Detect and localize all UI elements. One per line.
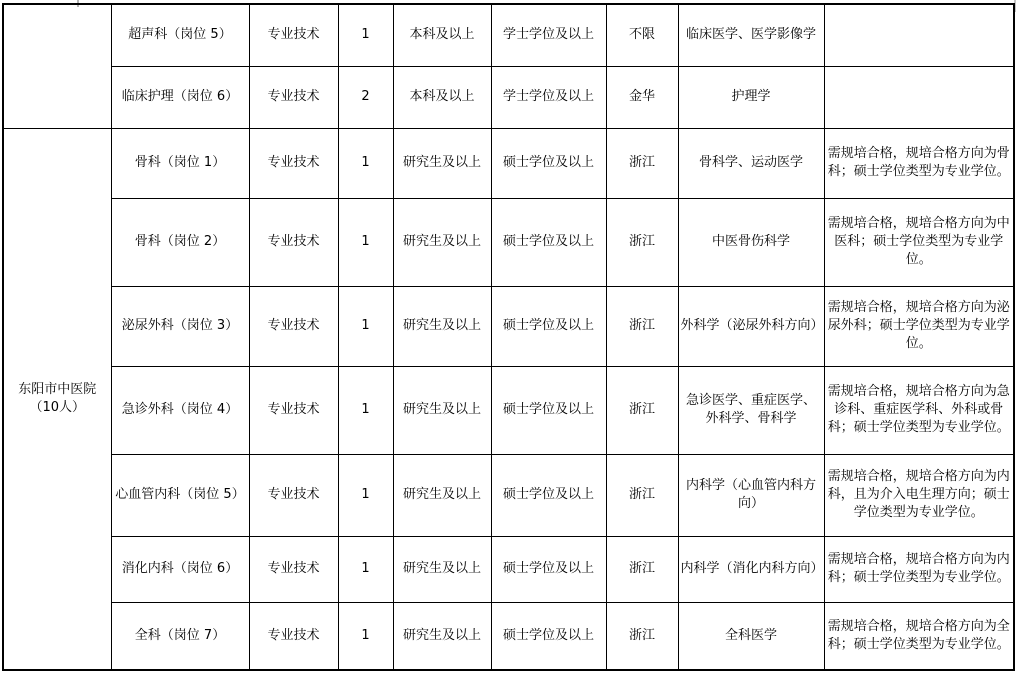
education-cell: 本科及以上 [393,4,491,66]
position-cell: 临床护理（岗位 6） [111,66,249,128]
remarks-cell: 需规培合格，规培合格方向为中医科；硕士学位类型为专业学位。 [824,198,1014,286]
recruitment-positions-table: 超声科（岗位 5） 专业技术 1 本科及以上 学士学位及以上 不限 临床医学、医… [2,3,1015,671]
household-cell: 金华 [606,66,678,128]
unit-cell [3,4,111,128]
household-cell: 不限 [606,4,678,66]
remarks-cell: 需规培合格，规培合格方向为骨科；硕士学位类型为专业学位。 [824,128,1014,198]
remarks-cell: 需规培合格，规培合格方向为泌尿外科；硕士学位类型为专业学位。 [824,286,1014,366]
post-type-cell: 专业技术 [249,536,338,602]
post-type-cell: 专业技术 [249,128,338,198]
education-cell: 研究生及以上 [393,128,491,198]
major-cell: 外科学（泌尿外科方向） [678,286,824,366]
major-cell: 临床医学、医学影像学 [678,4,824,66]
headcount-cell: 1 [338,4,393,66]
position-cell: 骨科（岗位 1） [111,128,249,198]
major-cell: 全科医学 [678,602,824,670]
degree-cell: 硕士学位及以上 [491,454,606,536]
post-type-cell: 专业技术 [249,366,338,454]
major-cell: 急诊医学、重症医学、外科学、骨科学 [678,366,824,454]
position-cell: 消化内科（岗位 6） [111,536,249,602]
remarks-cell: 需规培合格，规培合格方向为内科，且为介入电生理方向；硕士学位类型为专业学位。 [824,454,1014,536]
table-row: 全科（岗位 7） 专业技术 1 研究生及以上 硕士学位及以上 浙江 全科医学 需… [3,602,1014,670]
headcount-cell: 1 [338,366,393,454]
education-cell: 研究生及以上 [393,286,491,366]
post-type-cell: 专业技术 [249,454,338,536]
table-row: 泌尿外科（岗位 3） 专业技术 1 研究生及以上 硕士学位及以上 浙江 外科学（… [3,286,1014,366]
post-type-cell: 专业技术 [249,602,338,670]
degree-cell: 硕士学位及以上 [491,286,606,366]
remarks-cell [824,4,1014,66]
degree-cell: 硕士学位及以上 [491,536,606,602]
education-cell: 研究生及以上 [393,602,491,670]
headcount-cell: 2 [338,66,393,128]
remarks-cell: 需规培合格，规培合格方向为内科；硕士学位类型为专业学位。 [824,536,1014,602]
table-row: 临床护理（岗位 6） 专业技术 2 本科及以上 学士学位及以上 金华 护理学 [3,66,1014,128]
education-cell: 研究生及以上 [393,536,491,602]
table-row: 超声科（岗位 5） 专业技术 1 本科及以上 学士学位及以上 不限 临床医学、医… [3,4,1014,66]
headcount-cell: 1 [338,454,393,536]
post-type-cell: 专业技术 [249,4,338,66]
headcount-cell: 1 [338,128,393,198]
headcount-cell: 1 [338,602,393,670]
degree-cell: 硕士学位及以上 [491,198,606,286]
table-row: 急诊外科（岗位 4） 专业技术 1 研究生及以上 硕士学位及以上 浙江 急诊医学… [3,366,1014,454]
position-cell: 骨科（岗位 2） [111,198,249,286]
degree-cell: 学士学位及以上 [491,66,606,128]
education-cell: 研究生及以上 [393,454,491,536]
household-cell: 浙江 [606,286,678,366]
major-cell: 护理学 [678,66,824,128]
degree-cell: 硕士学位及以上 [491,366,606,454]
household-cell: 浙江 [606,454,678,536]
degree-cell: 硕士学位及以上 [491,128,606,198]
table-row: 消化内科（岗位 6） 专业技术 1 研究生及以上 硕士学位及以上 浙江 内科学（… [3,536,1014,602]
household-cell: 浙江 [606,198,678,286]
position-cell: 超声科（岗位 5） [111,4,249,66]
position-cell: 全科（岗位 7） [111,602,249,670]
headcount-cell: 1 [338,286,393,366]
remarks-cell: 需规培合格，规培合格方向为急诊科、重症医学科、外科或骨科；硕士学位类型为专业学位… [824,366,1014,454]
post-type-cell: 专业技术 [249,198,338,286]
major-cell: 骨科学、运动医学 [678,128,824,198]
position-cell: 心血管内科（岗位 5） [111,454,249,536]
major-cell: 内科学（心血管内科方向） [678,454,824,536]
position-cell: 泌尿外科（岗位 3） [111,286,249,366]
table-row: 骨科（岗位 2） 专业技术 1 研究生及以上 硕士学位及以上 浙江 中医骨伤科学… [3,198,1014,286]
education-cell: 研究生及以上 [393,198,491,286]
position-cell: 急诊外科（岗位 4） [111,366,249,454]
household-cell: 浙江 [606,366,678,454]
unit-cell: 东阳市中医院（10人） [3,128,111,670]
post-type-cell: 专业技术 [249,66,338,128]
table-row: 心血管内科（岗位 5） 专业技术 1 研究生及以上 硕士学位及以上 浙江 内科学… [3,454,1014,536]
degree-cell: 学士学位及以上 [491,4,606,66]
headcount-cell: 1 [338,536,393,602]
education-cell: 本科及以上 [393,66,491,128]
degree-cell: 硕士学位及以上 [491,602,606,670]
major-cell: 内科学（消化内科方向） [678,536,824,602]
page: 超声科（岗位 5） 专业技术 1 本科及以上 学士学位及以上 不限 临床医学、医… [0,0,1021,678]
remarks-cell [824,66,1014,128]
headcount-cell: 1 [338,198,393,286]
table-row: 东阳市中医院（10人） 骨科（岗位 1） 专业技术 1 研究生及以上 硕士学位及… [3,128,1014,198]
major-cell: 中医骨伤科学 [678,198,824,286]
household-cell: 浙江 [606,602,678,670]
education-cell: 研究生及以上 [393,366,491,454]
household-cell: 浙江 [606,536,678,602]
household-cell: 浙江 [606,128,678,198]
post-type-cell: 专业技术 [249,286,338,366]
remarks-cell: 需规培合格，规培合格方向为全科；硕士学位类型为专业学位。 [824,602,1014,670]
